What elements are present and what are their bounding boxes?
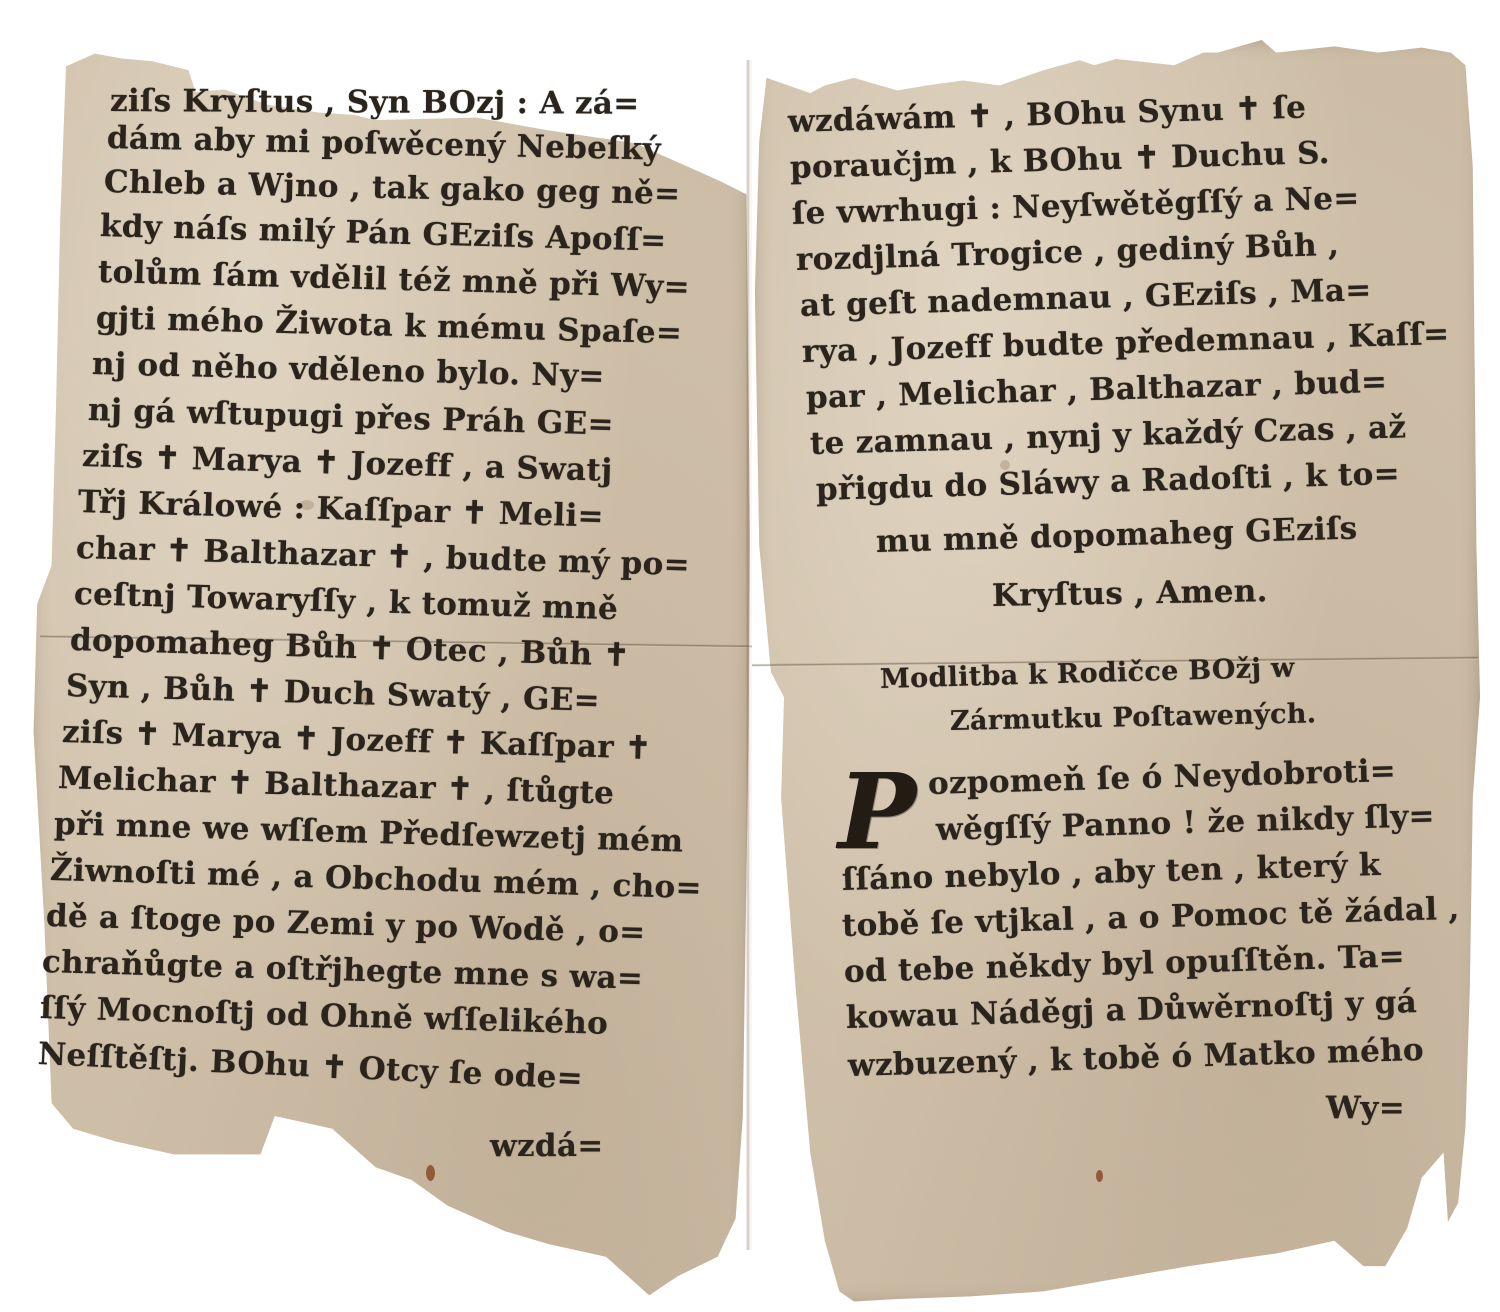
- ink-stain: [1096, 1170, 1103, 1182]
- text-line: ziſs Kryſtus , Syn BOzj : A zá=: [110, 83, 640, 122]
- catchword: Wy=: [1326, 1090, 1405, 1126]
- spine-fold: [746, 60, 752, 1250]
- drop-cap-initial: P: [838, 760, 916, 864]
- catchword: wzdá=: [490, 1128, 604, 1164]
- ink-stain: [426, 1165, 435, 1181]
- text-line: Kryſtus , Amen.: [992, 573, 1268, 614]
